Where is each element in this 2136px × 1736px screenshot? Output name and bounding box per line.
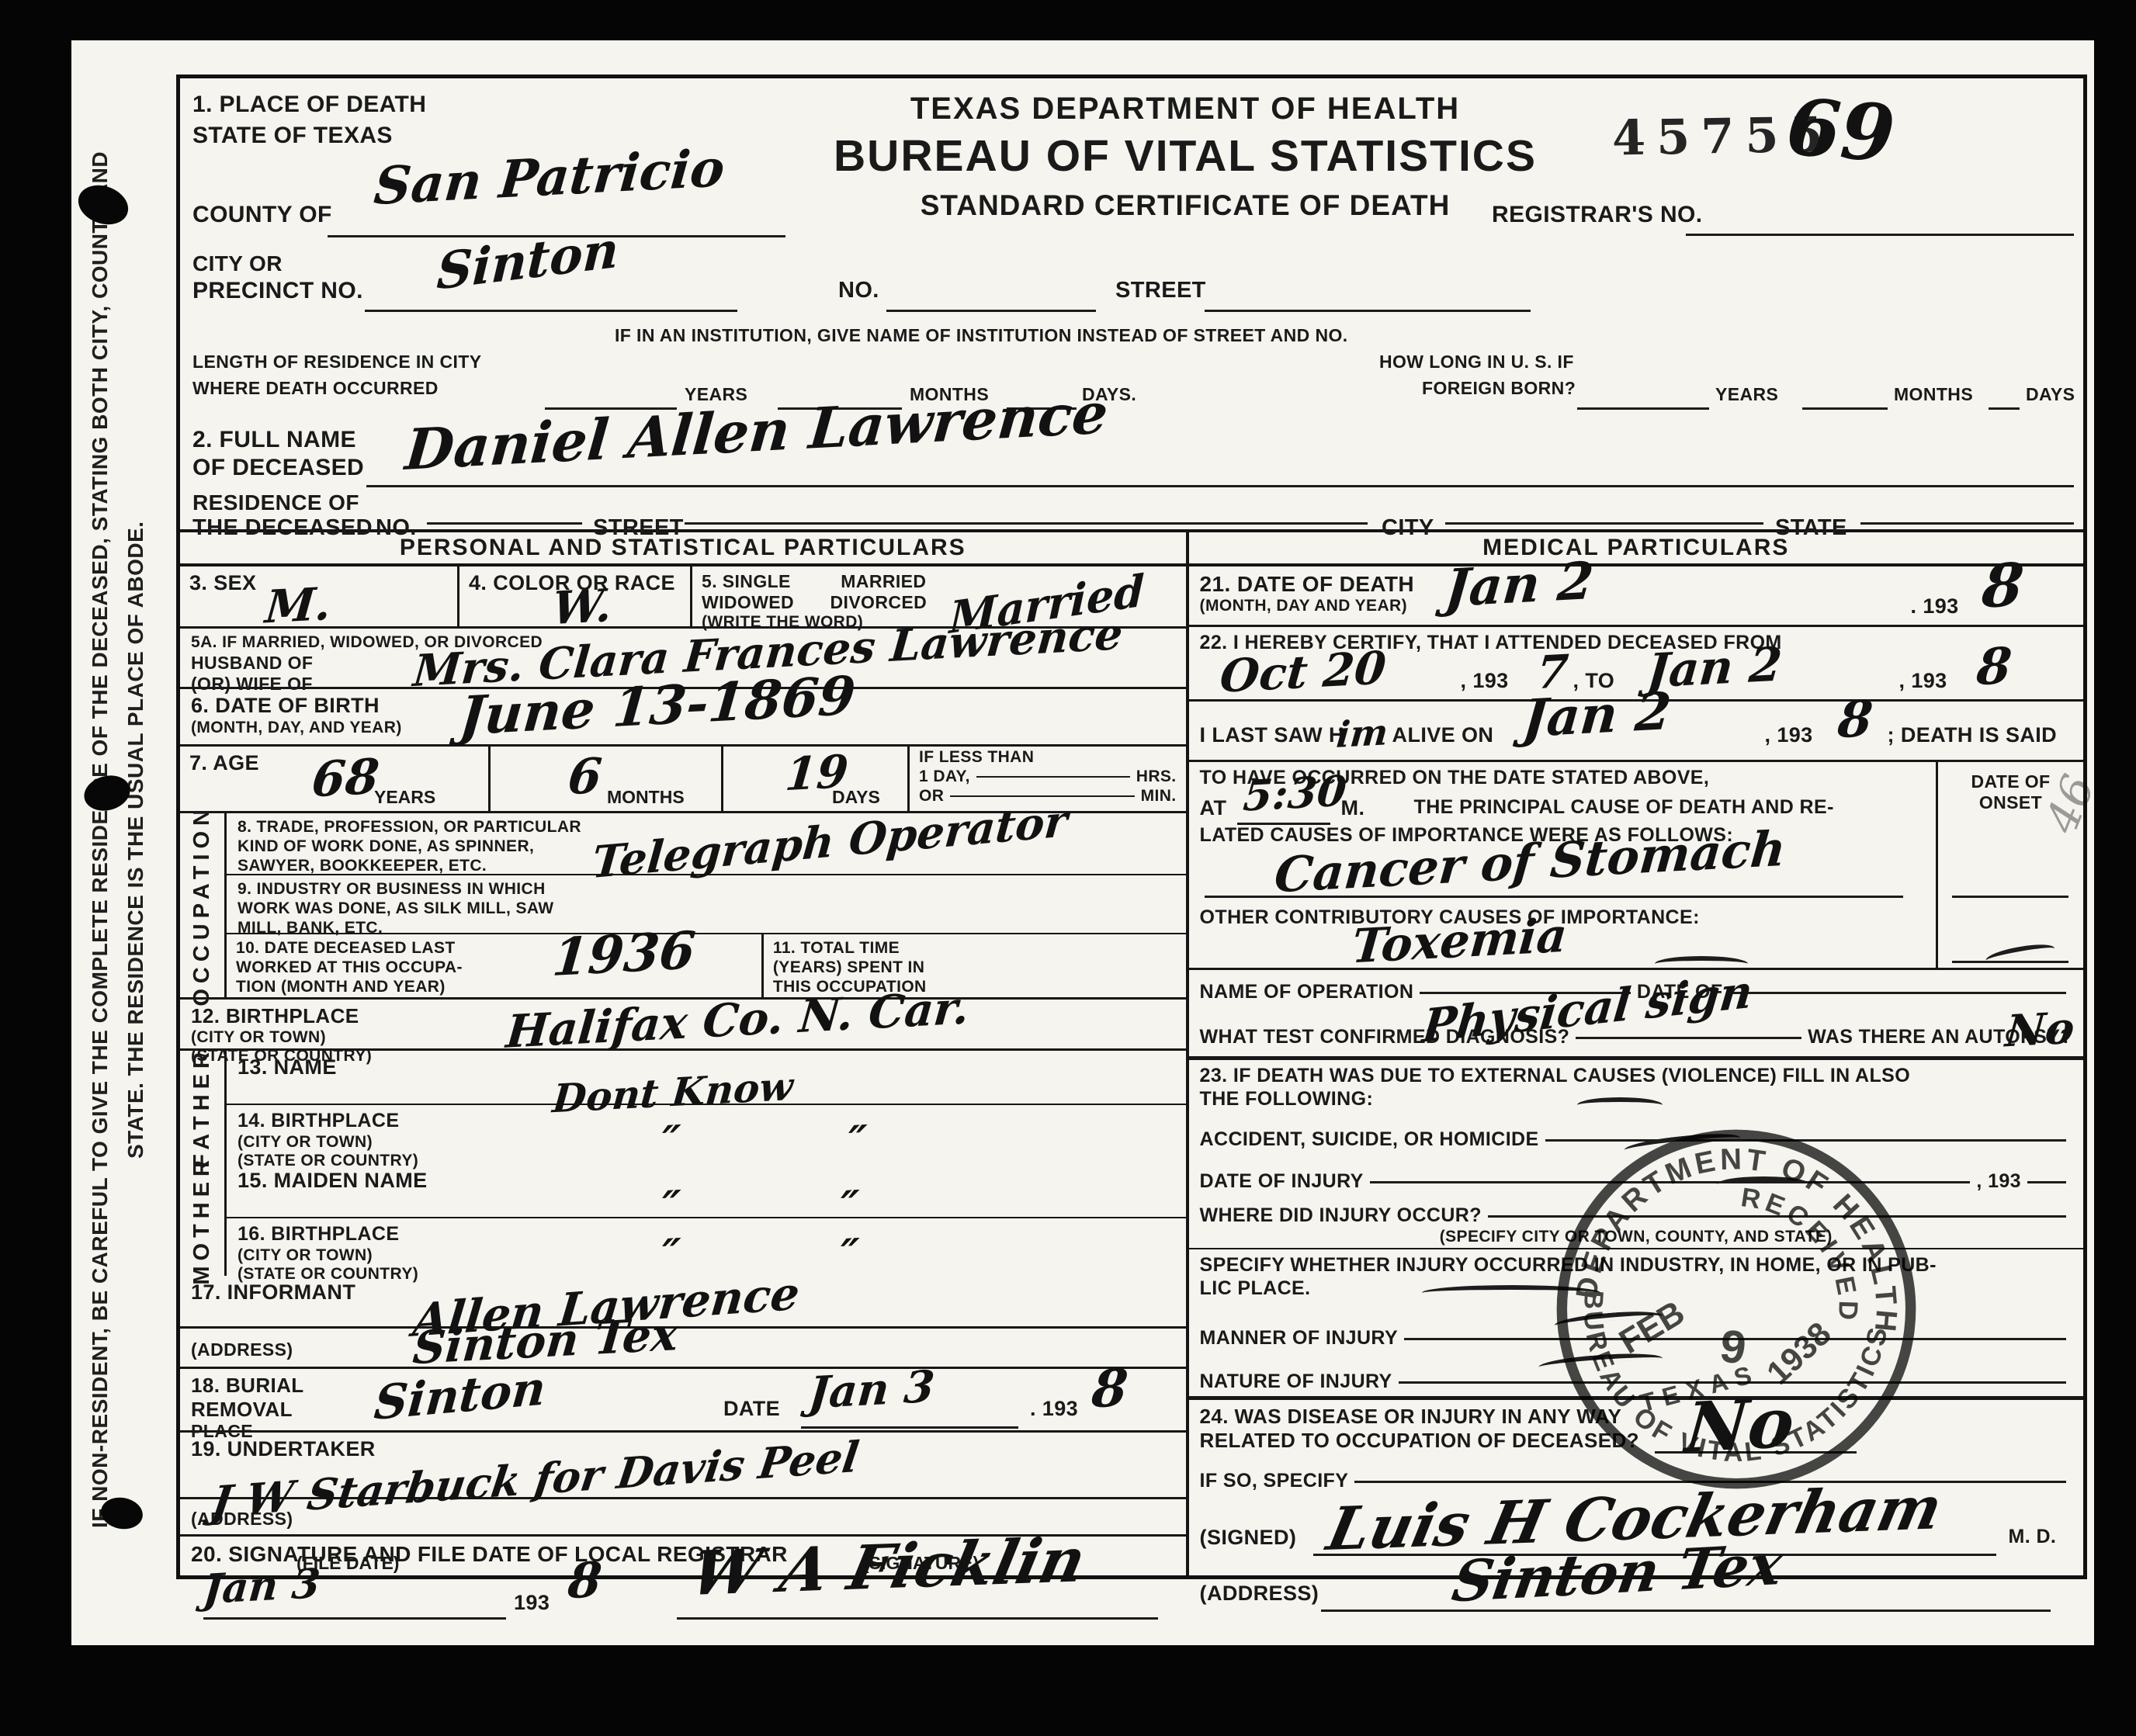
race-value: W.: [550, 579, 614, 635]
at-label: AT: [1200, 796, 1227, 821]
informant-address-label: (ADDRESS): [191, 1339, 1175, 1360]
state-of-texas-label: STATE OF TEXAS: [192, 122, 393, 149]
registrar-signature-row: 20. SIGNATURE AND FILE DATE OF LOCAL REG…: [180, 1537, 1186, 1575]
fullname-label-2: OF DECEASED: [192, 454, 364, 481]
institution-note: IF IN AN INSTITUTION, GIVE NAME OF INSTI…: [615, 325, 1348, 346]
precinct-no-label: PRECINCT NO.: [192, 277, 363, 304]
residence-state-label: STATE: [1775, 515, 1847, 541]
nature-label: NATURE OF INJURY: [1200, 1370, 1392, 1394]
residence-street-label: STREET: [593, 515, 684, 541]
sex-label: 3. SEX: [189, 571, 256, 594]
operation-row: NAME OF OPERATIONDATE OF Physical sign: [1189, 970, 2083, 1017]
death-said-label: ; DEATH IS SAID: [1888, 723, 2058, 748]
date-of-onset-box: DATE OF ONSET: [1936, 762, 2083, 968]
file-date-value: Jan 3: [201, 1560, 322, 1613]
street-no-line: [886, 310, 1096, 312]
marital-divorced-label: DIVORCED: [830, 592, 928, 612]
residence-no-line: [427, 522, 582, 525]
county-value: San Patricio: [372, 137, 727, 217]
father-name-row: 13. NAME Dont Know: [227, 1051, 1186, 1105]
autopsy-value: No: [2003, 1002, 2076, 1057]
registrar-signature-value: W A Ficklin: [685, 1525, 1091, 1610]
mother-side-label: MOTHER: [180, 1164, 227, 1276]
stamp-month: FEB: [1613, 1294, 1691, 1361]
to-year-written: 8: [1974, 637, 2013, 698]
onset-label-2: ONSET: [1938, 792, 2083, 813]
onset-line-1: [1952, 896, 2068, 898]
signed-address-line: [1321, 1610, 2051, 1612]
signed-label: (SIGNED): [1200, 1526, 1297, 1551]
street-line: [1205, 310, 1531, 312]
us-days-label: DAYS: [2026, 384, 2075, 405]
county-label: COUNTY OF: [192, 201, 332, 228]
total-time-label-2: (YEARS) SPENT IN: [773, 958, 1177, 978]
marital-married-label: MARRIED: [841, 571, 926, 591]
age-or-label: OR: [919, 787, 944, 806]
dob-row: 6. DATE OF BIRTH (MONTH, DAY, AND YEAR) …: [180, 689, 1186, 747]
mother-bp-label: 16. BIRTHPLACE: [238, 1223, 1175, 1246]
street-no-label: NO.: [838, 277, 879, 303]
dod-year-written: 8: [1979, 549, 2027, 621]
onset-line-2: [1952, 961, 2068, 963]
age-months-label: MONTHS: [607, 787, 685, 808]
margin-instruction-line2: STATE. THE RESIDENCE IS THE USUAL PLACE …: [118, 48, 154, 1631]
industry-label-2: WORK WAS DONE, AS SILK MILL, SAW: [238, 899, 1175, 919]
marital-single-label: 5. SINGLE: [702, 571, 791, 591]
father-bp-sub-1: (CITY OR TOWN): [238, 1133, 1175, 1152]
age-days-value: 19: [783, 745, 851, 802]
last-saw-value: Jan 2: [1520, 681, 1673, 749]
date-of-death-label: 21. DATE OF DEATH: [1200, 571, 2072, 597]
mother-name-label: 15. MAIDEN NAME: [238, 1169, 1175, 1194]
mother-block: MOTHER 15. MAIDEN NAME ″ ″ 16. BIRTHPLAC…: [180, 1164, 1186, 1276]
undertaker-row: 19. UNDERTAKER J W Starbuck for Davis Pe…: [180, 1433, 1186, 1499]
external-causes-row: 23. IF DEATH WAS DUE TO EXTERNAL CAUSES …: [1189, 1060, 2083, 1116]
industry-row: 9. INDUSTRY OR BUSINESS IN WHICH WORK WA…: [227, 875, 1186, 934]
mother-birthplace-row: 16. BIRTHPLACE (CITY OR TOWN) (STATE OR …: [227, 1218, 1186, 1273]
residence-length-label-1: LENGTH OF RESIDENCE IN CITY: [192, 352, 481, 372]
foreign-born-label-1: HOW LONG IN U. S. IF: [1379, 352, 1574, 372]
last-saw-row: I LAST SAW H im ALIVE ON Jan 2 , 193 8 ;…: [1189, 702, 2083, 762]
residence-no-label: NO.: [376, 515, 417, 541]
date-of-death-value: Jan 2: [1442, 550, 1595, 619]
attended-from-value: Oct 20: [1218, 641, 1388, 703]
us-days-line: [1989, 407, 2020, 410]
burial-row: 18. BURIAL REMOVAL PLACE Sinton DATE Jan…: [180, 1369, 1186, 1433]
occupation-block: OCCUPATION 8. TRADE, PROFESSION, OR PART…: [180, 813, 1186, 1000]
father-birthplace-row: 14. BIRTHPLACE (CITY OR TOWN) (STATE OR …: [227, 1105, 1186, 1161]
age-less-label-2: 1 DAY,: [919, 768, 970, 787]
bureau-title: BUREAU OF VITAL STATISTICS: [754, 130, 1616, 182]
svg-text:DEPARTMENT OF HEALTH: DEPARTMENT OF HEALTH: [1569, 1124, 1922, 1338]
registrar-signature-line: [677, 1617, 1158, 1620]
burial-year-written: 8: [1090, 1357, 1131, 1420]
informant-row: 17. INFORMANT Allen Lawrence: [180, 1276, 1186, 1329]
us-months-label: MONTHS: [1894, 384, 1973, 405]
file-date-line: [203, 1617, 506, 1620]
residence-of-label-1: RESIDENCE OF: [192, 490, 359, 515]
certificate-number-written: 69: [1784, 81, 1898, 179]
pen-dash: [1985, 941, 2055, 960]
last-saw-year-prefix: , 193: [1765, 723, 1813, 748]
injury-date-label: DATE OF INJURY: [1200, 1170, 1364, 1194]
marital-widowed-label: WIDOWED: [702, 592, 794, 612]
form-header: 1. PLACE OF DEATH STATE OF TEXAS COUNTY …: [180, 78, 2083, 532]
total-time-label-1: 11. TOTAL TIME: [773, 939, 1177, 958]
fullname-line: [366, 485, 2074, 487]
last-worked-row: 10. DATE DECEASED LAST WORKED AT THIS OC…: [227, 934, 1186, 1000]
father-block: FATHER 13. NAME Dont Know 14. BIRTHPLACE…: [180, 1051, 1186, 1164]
trade-row: 8. TRADE, PROFESSION, OR PARTICULAR KIND…: [227, 813, 1186, 875]
margin-instruction-line1: IF NON-RESIDENT, BE CAREFUL TO GIVE THE …: [82, 48, 118, 1631]
burial-label-2: REMOVAL: [191, 1398, 1175, 1422]
last-saw-suffix: ALIVE ON: [1392, 723, 1494, 748]
residence-state-line: [1860, 522, 2074, 525]
mother-name-row: 15. MAIDEN NAME ″ ″: [227, 1164, 1186, 1218]
age-less-label-1: IF LESS THAN: [919, 748, 1177, 768]
last-worked-value: 1936: [550, 920, 698, 988]
margin-instruction: IF NON-RESIDENT, BE CAREFUL TO GIVE THE …: [82, 48, 154, 1631]
residence-city-label: CITY: [1382, 515, 1434, 541]
personal-column: 3. SEX M. 4. COLOR OR RACE W. 5. SINGLE …: [180, 567, 1189, 1575]
last-saw-prefix: I LAST SAW H: [1200, 723, 1344, 748]
at-value: 5:30: [1241, 765, 1348, 820]
city-line: [365, 310, 737, 312]
stamp-year: 1938: [1760, 1315, 1838, 1391]
pen-dash: [1655, 956, 1748, 964]
informant-address-row: (ADDRESS) Sinton Tex: [180, 1329, 1186, 1369]
file-year-written: 8: [566, 1551, 605, 1610]
dod-year-prefix: . 193: [1911, 594, 1959, 619]
street-label: STREET: [1115, 277, 1206, 303]
accident-label: ACCIDENT, SUICIDE, OR HOMICIDE: [1200, 1128, 1539, 1152]
operation-label: NAME OF OPERATION: [1200, 981, 1414, 1004]
us-months-line: [1802, 407, 1888, 410]
certificate-paper: IF NON-RESIDENT, BE CAREFUL TO GIVE THE …: [71, 40, 2094, 1645]
city-or-label: CITY OR: [192, 251, 283, 276]
signed-address-label: (ADDRESS): [1200, 1582, 1319, 1606]
city-value: Sinton: [435, 220, 620, 302]
to-year-prefix: , 193: [1899, 669, 1947, 694]
occupation-side-label: OCCUPATION: [180, 813, 227, 997]
md-label: M. D.: [2009, 1526, 2057, 1549]
injury-date-year: , 193: [1976, 1170, 2021, 1194]
standard-title: STANDARD CERTIFICATE OF DEATH: [754, 189, 1616, 223]
burial-date-label: DATE: [723, 1397, 780, 1422]
registrar-no-line: [1686, 234, 2074, 236]
last-saw-fill: im: [1334, 711, 1389, 756]
last-saw-year-written: 8: [1835, 690, 1874, 750]
burial-date-value: Jan 3: [806, 1361, 937, 1419]
registrar-no-label: REGISTRAR'S NO.: [1492, 201, 1703, 228]
fullname-value: Daniel Allen Lawrence: [403, 379, 1111, 483]
onset-label-1: DATE OF: [1938, 771, 2083, 792]
date-of-death-row: 21. DATE OF DEATH (MONTH, DAY AND YEAR) …: [1189, 567, 2083, 627]
birthplace-row: 12. BIRTHPLACE (CITY OR TOWN) (STATE OR …: [180, 1000, 1186, 1051]
residence-street-line: [685, 522, 1368, 525]
external-label-1: 23. IF DEATH WAS DUE TO EXTERNAL CAUSES …: [1200, 1065, 2072, 1088]
industry-label-1: 9. INDUSTRY OR BUSINESS IN WHICH: [238, 880, 1175, 899]
age-label: 7. AGE: [189, 751, 259, 774]
mother-bp-sub-1: (CITY OR TOWN): [238, 1246, 1175, 1266]
file-year-prefix: 193: [514, 1591, 550, 1616]
manner-label: MANNER OF INJURY: [1200, 1327, 1398, 1350]
residence-length-label-2: WHERE DEATH OCCURRED: [192, 378, 439, 399]
scanned-death-certificate: IF NON-RESIDENT, BE CAREFUL TO GIVE THE …: [0, 0, 2136, 1736]
foreign-born-label-2: FOREIGN BORN?: [1422, 378, 1576, 399]
residence-of-label-2: THE DECEASED: [192, 515, 373, 541]
from-year-prefix: , 193: [1461, 669, 1509, 694]
age-months-value: 6: [566, 747, 605, 806]
place-of-death-label: 1. PLACE OF DEATH: [192, 91, 426, 118]
age-hrs-label: HRS.: [1136, 768, 1177, 787]
age-min-label: MIN.: [1141, 787, 1177, 806]
injury-where-label: WHERE DID INJURY OCCUR?: [1200, 1204, 1482, 1228]
residence-city-line: [1445, 522, 1763, 525]
contributory-value: Toxemia: [1350, 909, 1569, 975]
burial-date-line: [801, 1426, 1018, 1429]
sex-value: M.: [263, 577, 333, 634]
medical-section-title: MEDICAL PARTICULARS: [1189, 532, 2083, 563]
principal-label-1: THE PRINCIPAL CAUSE OF DEATH AND RE-: [1414, 796, 1834, 819]
stamp-arc-top: DEPARTMENT OF HEALTH: [1569, 1124, 1922, 1338]
if-so-label: IF SO, SPECIFY: [1200, 1470, 1349, 1493]
burial-label-1: 18. BURIAL: [191, 1374, 1175, 1398]
burial-year-prefix: . 193: [1030, 1397, 1078, 1422]
related-value: No: [1682, 1381, 1797, 1468]
us-years-line: [1577, 407, 1709, 410]
age-years-label: YEARS: [374, 787, 435, 808]
us-years-label: YEARS: [1715, 384, 1778, 405]
father-side-label: FATHER: [180, 1051, 227, 1164]
fullname-label-1: 2. FULL NAME: [192, 426, 356, 453]
title-block: TEXAS DEPARTMENT OF HEALTH BUREAU OF VIT…: [754, 91, 1616, 223]
cause-of-death-block: TO HAVE OCCURRED ON THE DATE STATED ABOV…: [1189, 762, 2083, 970]
dept-title: TEXAS DEPARTMENT OF HEALTH: [754, 91, 1616, 127]
age-years-value: 68: [310, 748, 382, 809]
